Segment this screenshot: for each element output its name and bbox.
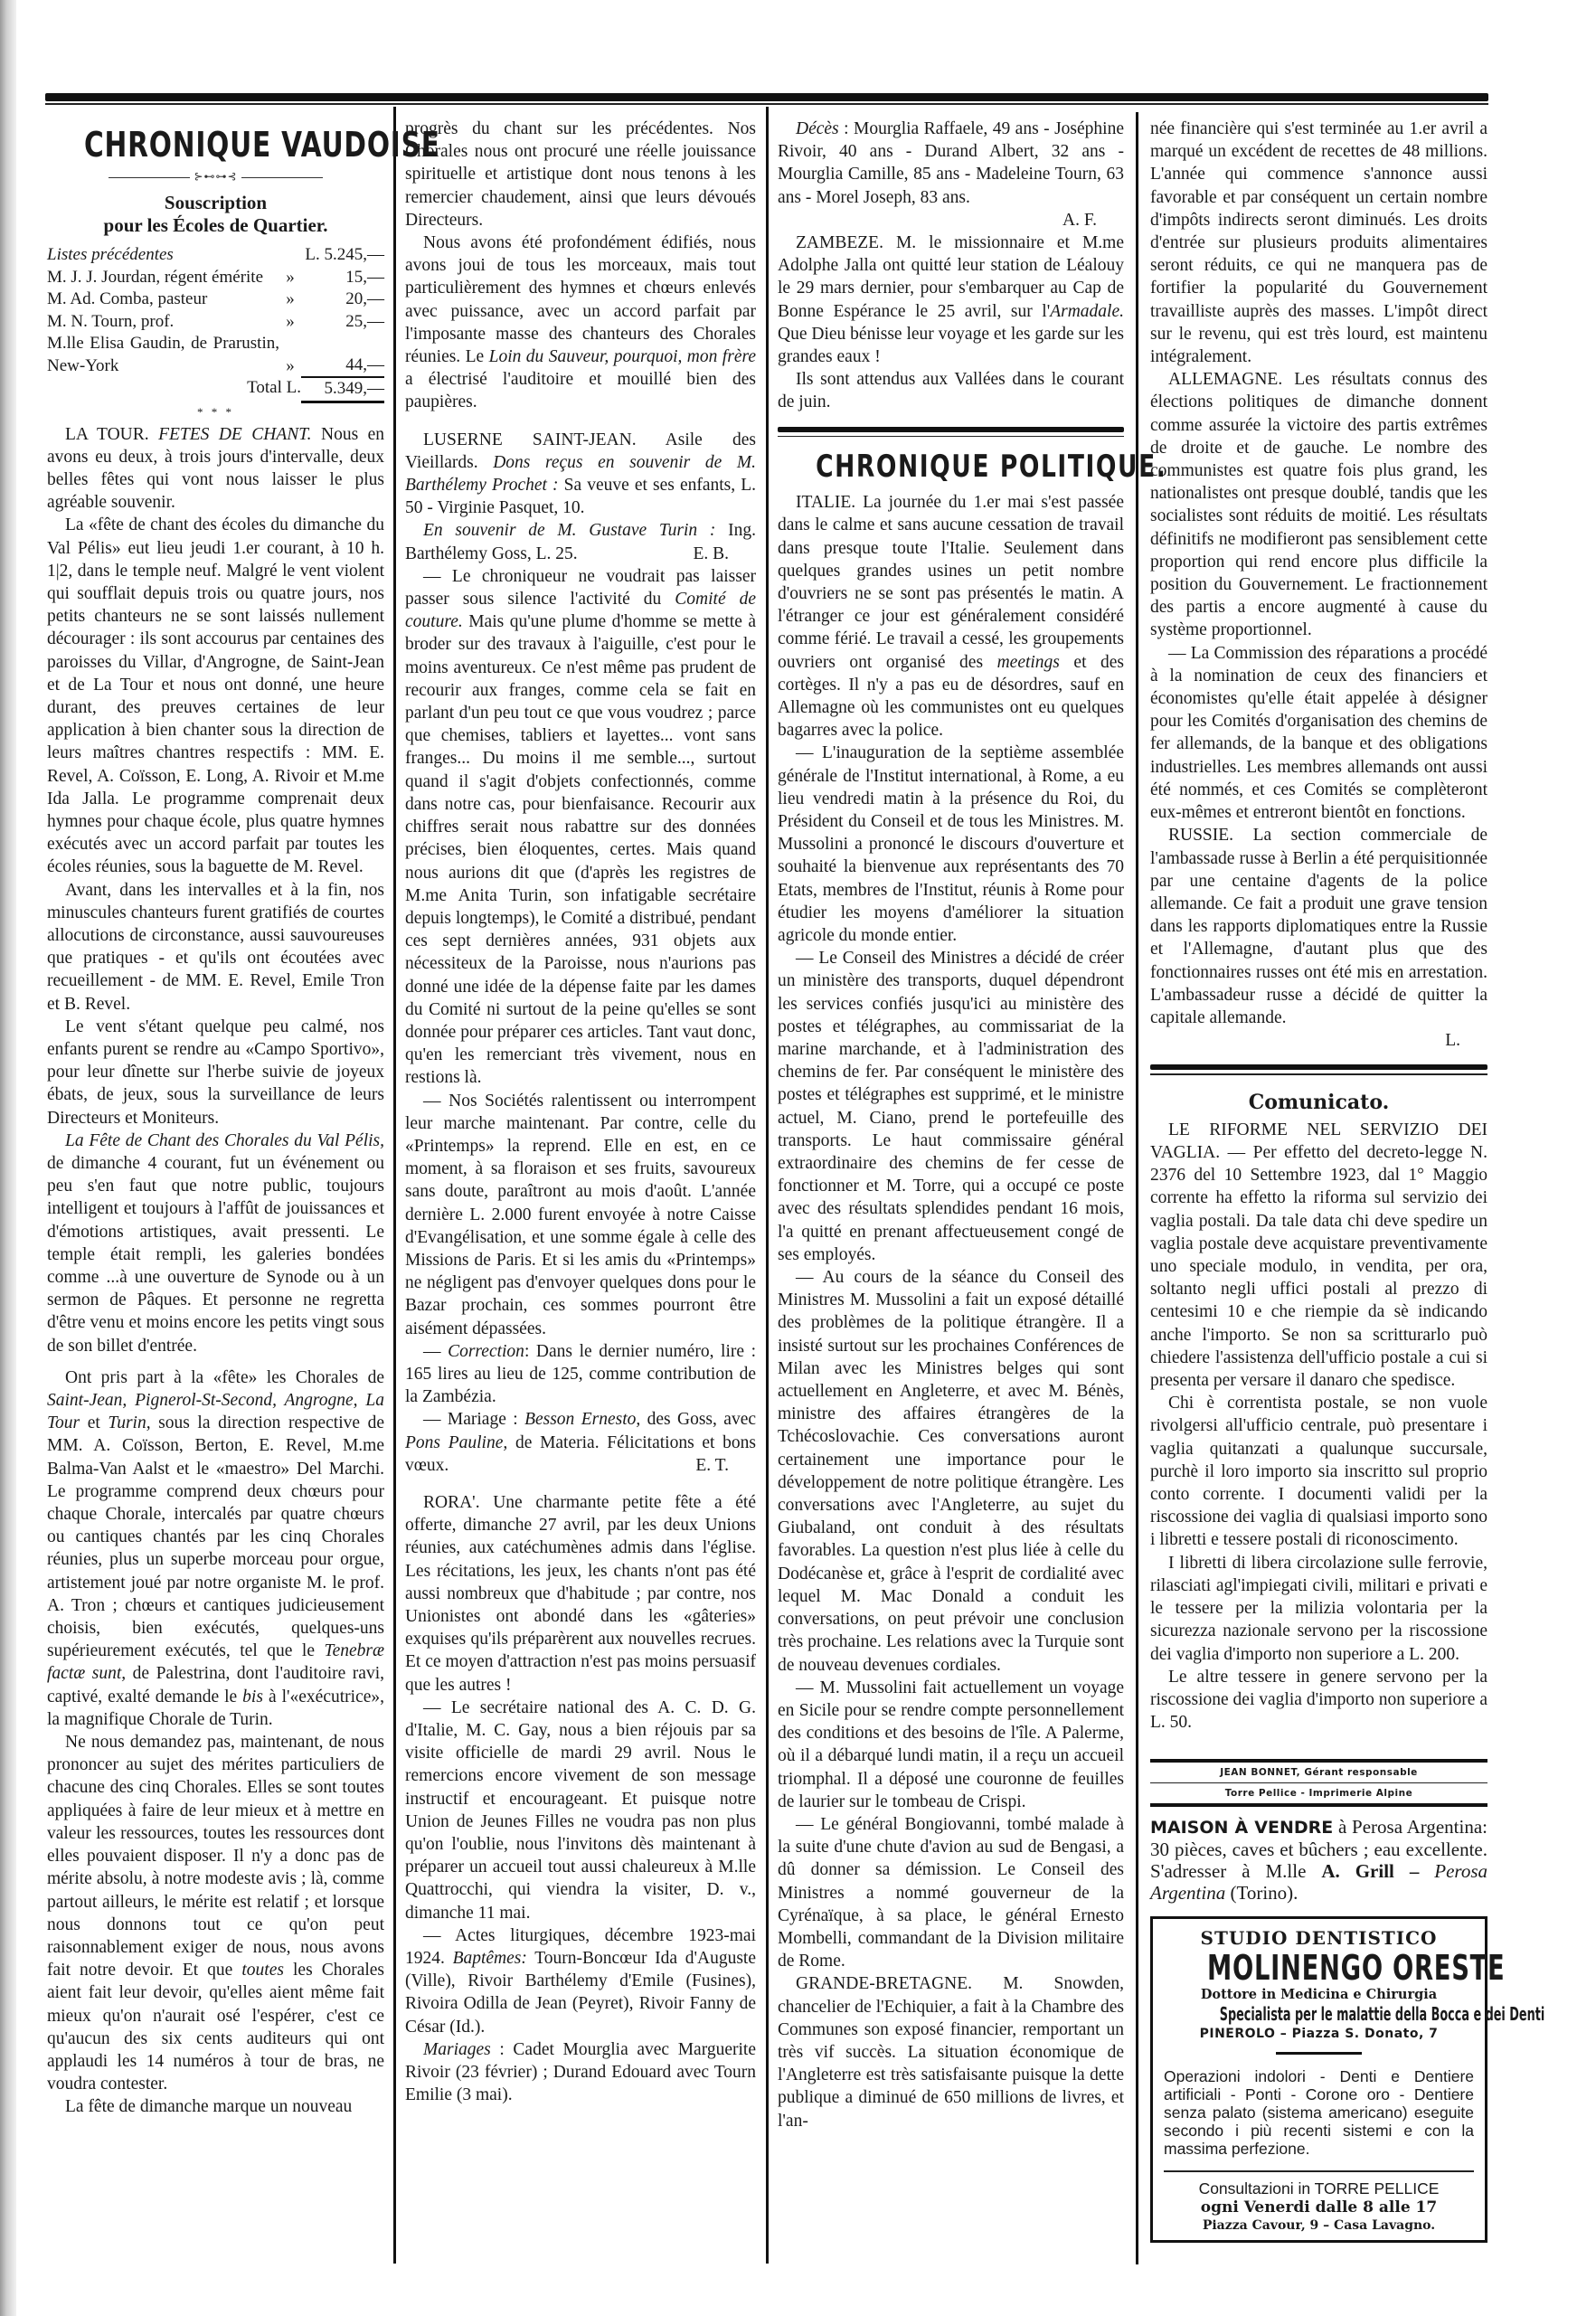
article-paragraph: — M. Mussolini fait actuellement un voya… — [778, 1677, 1124, 1813]
imprint-printer: Torre Pellice - Imprimerie Alpine — [1150, 1783, 1487, 1807]
article-paragraph: La «fête de chant des écoles du dimanche… — [47, 514, 384, 878]
article-paragraph: LA TOUR. FETES DE CHANT. Nous en avons e… — [47, 423, 384, 515]
subscription-table: Listes précédentesL. 5.245,— M. J. J. Jo… — [47, 244, 384, 403]
article-paragraph: progrès du chant sur les précédentes. No… — [405, 118, 756, 232]
article-paragraph: ITALIE. La journée du 1.er mai s'est pas… — [778, 491, 1124, 742]
imprint-editor: JEAN BONNET, Gérant responsable — [1150, 1763, 1487, 1783]
section-title-chronique-vaudoise: CHRONIQUE VAUDOISE — [84, 125, 347, 165]
article-paragraph: — Mariage : Besson Ernesto, des Goss, av… — [405, 1408, 756, 1477]
dentist-advertisement: STUDIO DENTISTICO MOLINENGO ORESTE Dotto… — [1150, 1916, 1487, 2243]
article-paragraph: LUSERNE SAINT-JEAN. Asile des Vieillards… — [405, 429, 756, 520]
article-paragraph: Ont pris part à la «fête» les Chorales d… — [47, 1366, 384, 1731]
table-row: Listes précédentesL. 5.245,— — [47, 244, 384, 267]
article-paragraph: — Correction: Dans le dernier numéro, li… — [405, 1340, 756, 1409]
article-paragraph: En souvenir de M. Gustave Turin : Ing. B… — [405, 519, 756, 564]
ornament-divider: ⊱⊷⊶⊰ — [47, 170, 384, 183]
column-divider-2 — [766, 107, 769, 2264]
article-paragraph: — Le Conseil des Ministres a décidé de c… — [778, 947, 1124, 1266]
scan-edge-shadow — [0, 0, 16, 2316]
ad-separator — [1164, 2170, 1474, 2172]
subscription-subtitle: pour les Écoles de Quartier. — [47, 214, 384, 237]
ad-services: Operazioni indolori - Denti e Dentiere a… — [1164, 2067, 1474, 2158]
author-signature: E. B. — [675, 543, 756, 565]
article-paragraph: RUSSIE. La section commerciale de l'amba… — [1150, 824, 1487, 1029]
article-paragraph: — La Commission des réparations a procéd… — [1150, 642, 1487, 825]
imprint-block: JEAN BONNET, Gérant responsable Torre Pe… — [1150, 1759, 1487, 1807]
article-paragraph: — Le secrétaire national des A. C. D. G.… — [405, 1697, 756, 1924]
table-row: M. Ad. Comba, pasteur»20,— — [47, 288, 384, 311]
article-paragraph: Ne nous demandez pas, maintenant, de nou… — [47, 1731, 384, 2095]
article-paragraph: LE RIFORME NEL SERVIZIO DEI VAGLIA. — Pe… — [1150, 1119, 1487, 1392]
table-row: M.lle Elisa Gaudin, de Prarustin, New-Yo… — [47, 333, 384, 377]
article-paragraph: La Fête de Chant des Chorales du Val Pél… — [47, 1130, 384, 1357]
table-row: M. J. J. Jourdan, régent émérite»15,— — [47, 267, 384, 289]
article-paragraph: — L'inauguration de la septième assemblé… — [778, 742, 1124, 947]
subscription-title: Souscription — [47, 192, 384, 214]
ad-separator — [1276, 2052, 1362, 2055]
article-paragraph: Mariages : Cadet Mourglia avec Marguerit… — [405, 2038, 756, 2107]
column-2: progrès du chant sur les précédentes. No… — [405, 118, 756, 2106]
ad-consult-location: Consultazioni in TORRE PELLICE — [1164, 2179, 1474, 2198]
column-divider-3 — [1136, 112, 1138, 2264]
article-paragraph: GRANDE-BRETAGNE. M. Snowden, chancelier … — [778, 1972, 1124, 2132]
section-rule — [1150, 1064, 1487, 1070]
top-rule-thin — [45, 103, 1488, 105]
ad-specialty: Specialista per le malattie della Bocca … — [1220, 2003, 1419, 2025]
article-paragraph: Chi è correntista postale, se non vuole … — [1150, 1392, 1487, 1551]
author-signature: A. F. — [778, 209, 1124, 232]
article-paragraph: Ils sont attendus aux Vallées dans le co… — [778, 368, 1124, 413]
article-paragraph: ZAMBEZE. M. le missionnaire et M.me Adol… — [778, 232, 1124, 368]
section-separator-stars: * * * — [47, 405, 384, 420]
article-paragraph: RORA'. Une charmante petite fête a été o… — [405, 1491, 756, 1697]
column-divider-1 — [393, 107, 396, 2264]
section-rule-thin — [778, 436, 1124, 438]
column-3: Décès : Mourglia Raffaele, 49 ans - José… — [778, 118, 1124, 2132]
article-paragraph: née financière qui s'est terminée au 1.e… — [1150, 118, 1487, 368]
article-paragraph: — Le chroniqueur ne voudrait pas laisser… — [405, 565, 756, 1090]
table-row: M. N. Tourn, prof.»25,— — [47, 311, 384, 334]
article-paragraph: Nous avons été profondément édifiés, nou… — [405, 232, 756, 414]
article-paragraph: Avant, dans les intervalles et à la fin,… — [47, 879, 384, 1016]
ad-studio-label: STUDIO DENTISTICO — [1164, 1926, 1474, 1950]
article-paragraph: Le vent s'étant quelque peu calmé, nos e… — [47, 1016, 384, 1130]
article-paragraph: — Nos Sociétés ralentissent ou interromp… — [405, 1090, 756, 1340]
article-paragraph: ALLEMAGNE. Les résultats connus des élec… — [1150, 368, 1487, 641]
section-rule — [778, 427, 1124, 432]
article-paragraph: Le altre tessere in genere servono per l… — [1150, 1666, 1487, 1735]
article-paragraph: — Le général Bongiovanni, tombé malade à… — [778, 1813, 1124, 1972]
classified-ad-house-for-sale: MAISON À VENDRE à Perosa Argentina: 30 p… — [1150, 1816, 1487, 1904]
ad-dentist-name: MOLINENGO ORESTE — [1207, 1950, 1431, 1986]
section-title-chronique-politique: CHRONIQUE POLITIQUE. — [816, 448, 1086, 486]
ad-consult-hours: ogni Venerdi dalle 8 alle 17 — [1164, 2198, 1474, 2217]
article-paragraph: — Au cours de la séance du Conseil des M… — [778, 1266, 1124, 1677]
article-paragraph: Décès : Mourglia Raffaele, 49 ans - José… — [778, 118, 1124, 209]
section-rule-thin — [1150, 1073, 1487, 1075]
column-1: CHRONIQUE VAUDOISE ⊱⊷⊶⊰ Souscription pou… — [47, 118, 384, 2119]
author-signature: L. — [1150, 1029, 1487, 1052]
ad-doctor-title: Dottore in Medicina e Chirurgia — [1164, 1986, 1474, 2003]
ad-consult-address: Piazza Cavour, 9 – Casa Lavagno. — [1164, 2217, 1474, 2235]
article-paragraph: La fête de dimanche marque un nouveau — [47, 2095, 384, 2118]
article-paragraph: I libretti di libera circolazione sulle … — [1150, 1552, 1487, 1666]
article-paragraph: — Actes liturgiques, décembre 1923-mai 1… — [405, 1924, 756, 2038]
column-4: née financière qui s'est terminée au 1.e… — [1150, 118, 1487, 2243]
ad-address: PINEROLO – Piazza S. Donato, 7 — [1164, 2025, 1474, 2043]
comunicato-title: Comunicato. — [1150, 1090, 1487, 1115]
author-signature: E. T. — [677, 1454, 756, 1477]
top-rule — [45, 93, 1488, 101]
table-total-row: Total L.5.349,— — [47, 377, 384, 402]
